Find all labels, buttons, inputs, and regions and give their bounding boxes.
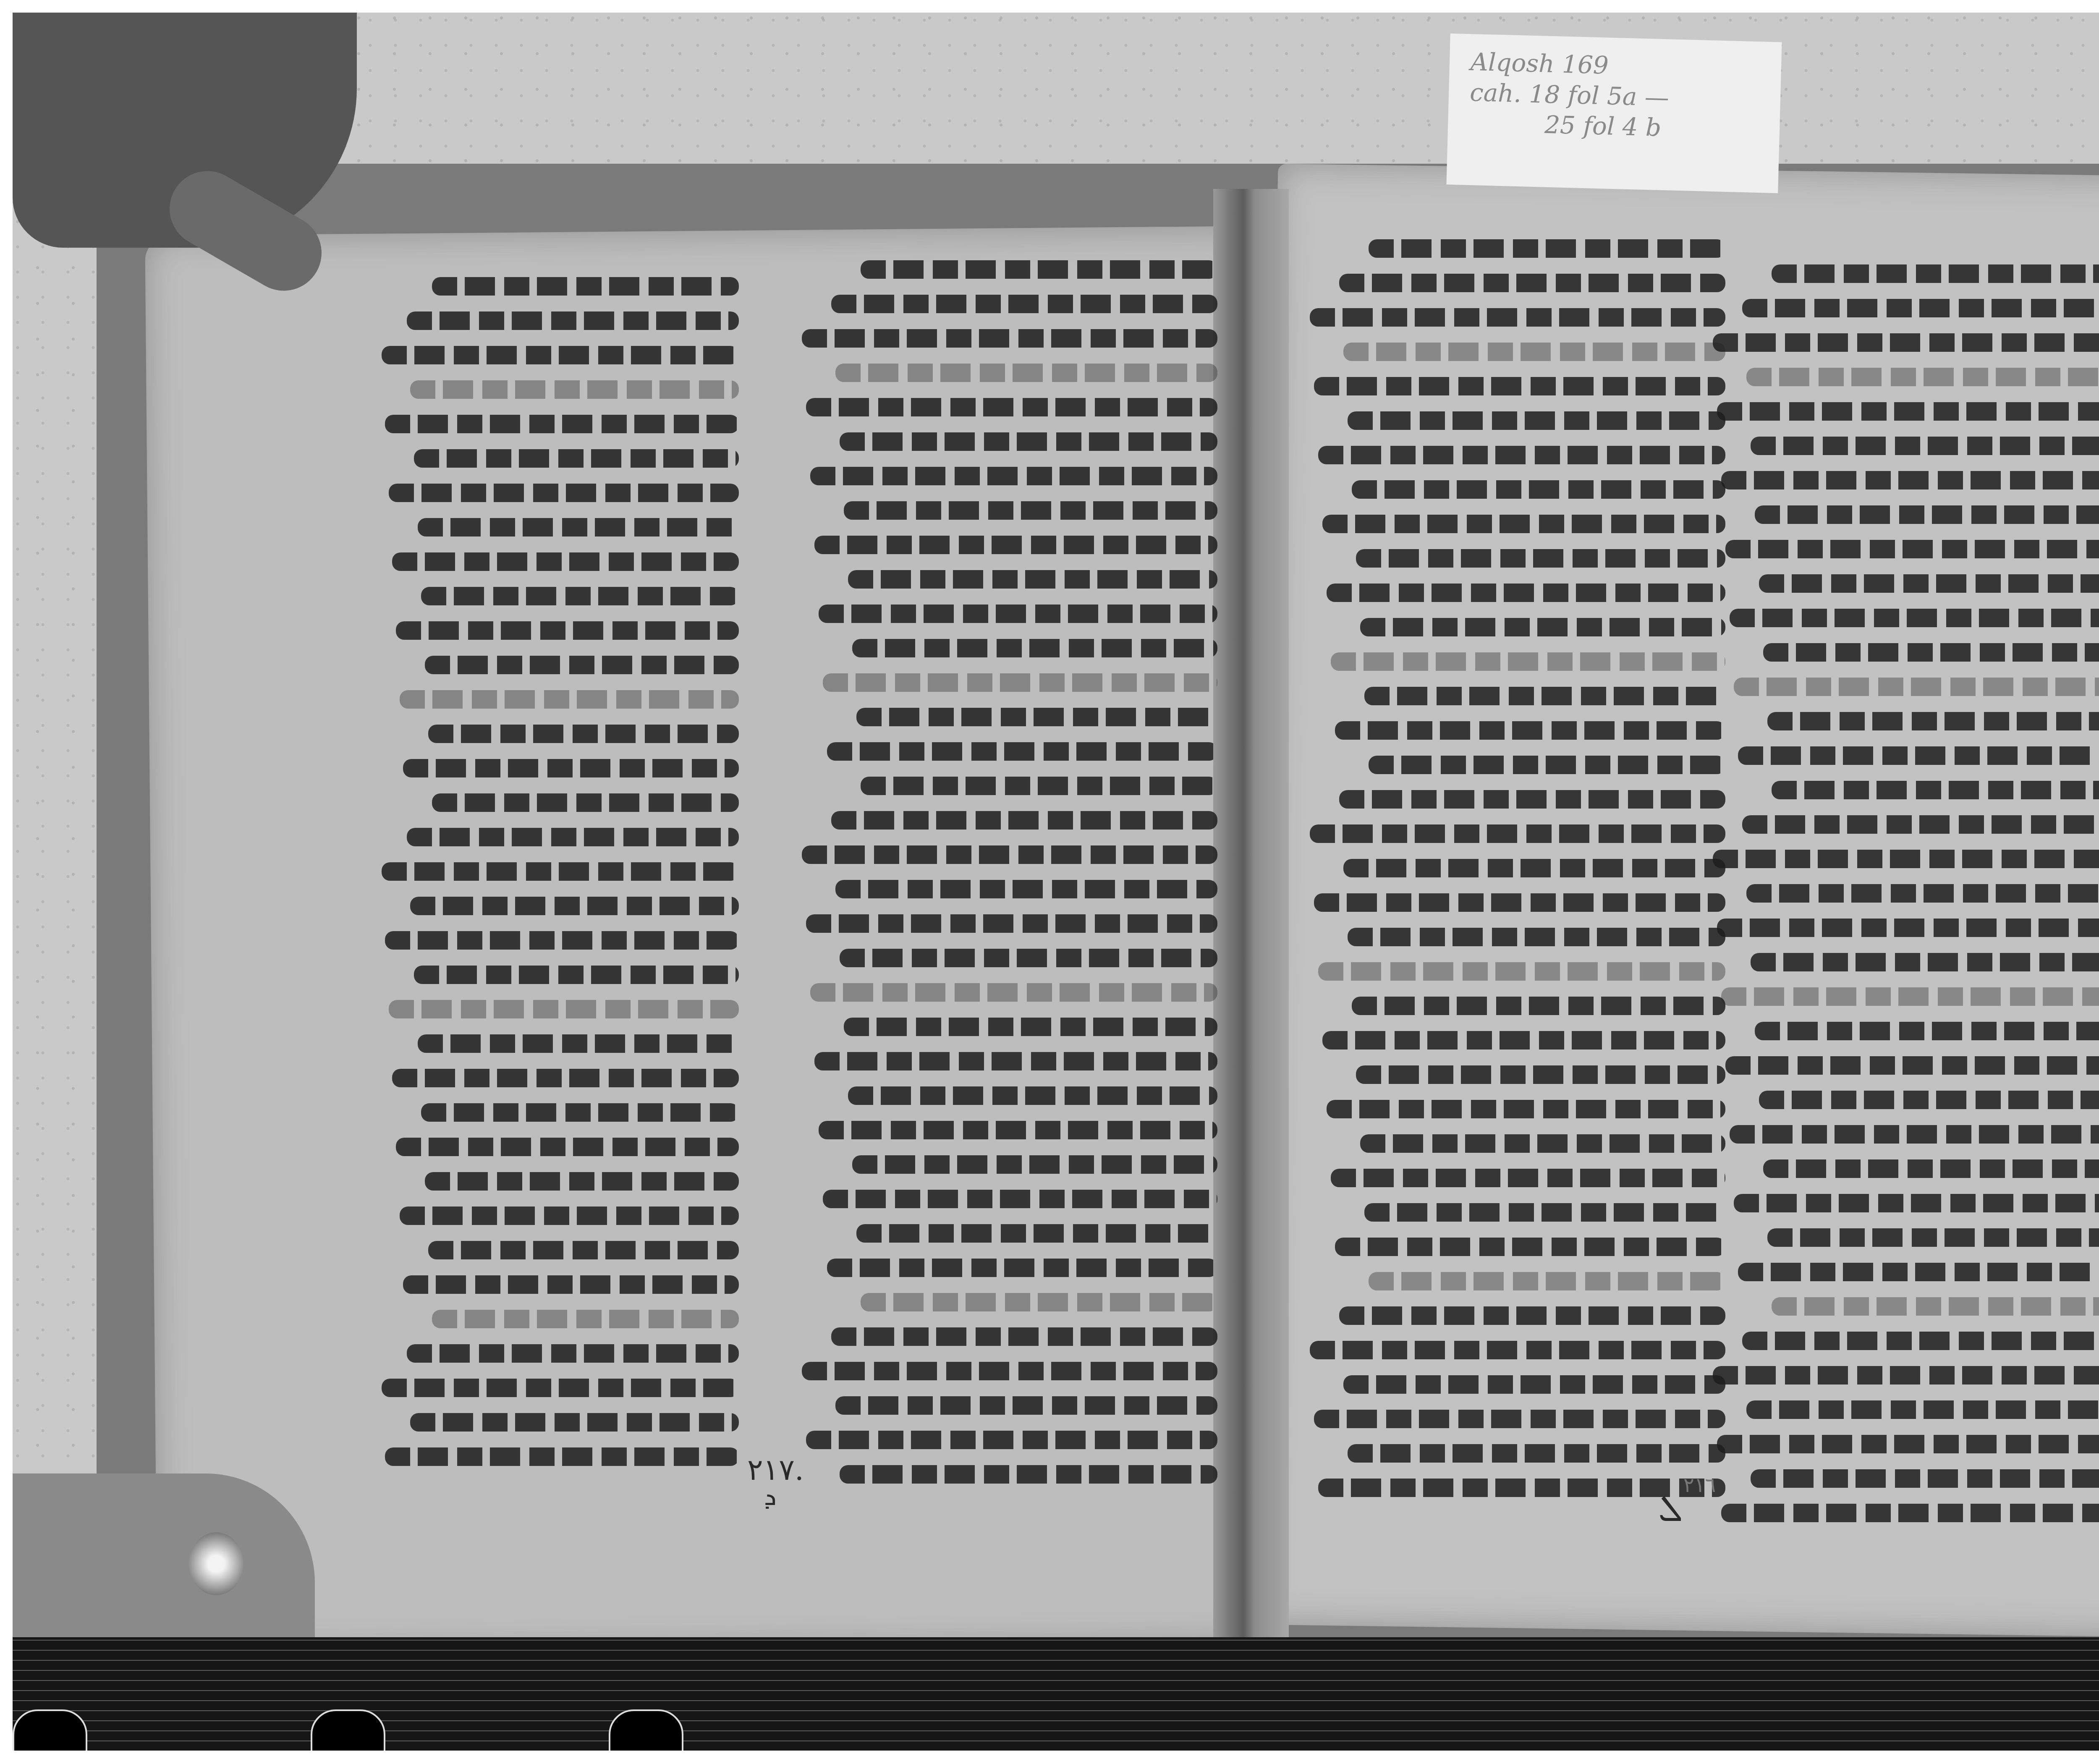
syriac-text-line xyxy=(407,828,739,846)
syriac-text-line xyxy=(389,1000,739,1018)
syriac-text-line xyxy=(414,966,739,984)
syriac-text-line xyxy=(400,690,739,709)
syriac-text-line xyxy=(1364,1203,1725,1222)
syriac-text-line xyxy=(1314,893,1725,912)
syriac-text-line xyxy=(814,536,1217,554)
syriac-text-line xyxy=(1721,471,2099,489)
syriac-text-line xyxy=(428,1241,739,1259)
syriac-text-line xyxy=(802,1362,1217,1380)
syriac-text-line xyxy=(421,1103,739,1122)
left-page-column-1 xyxy=(378,277,739,1466)
left-page-column-2 xyxy=(798,260,1217,1484)
syriac-text-line xyxy=(1348,1444,1725,1463)
syriac-text-line xyxy=(1327,584,1725,602)
syriac-text-line xyxy=(844,1018,1217,1036)
syriac-text-line xyxy=(1738,1263,2099,1281)
syriac-text-line xyxy=(1322,1031,1725,1050)
syriac-text-line xyxy=(392,1069,739,1087)
syriac-text-line xyxy=(835,1396,1217,1415)
syriac-text-line xyxy=(831,811,1217,830)
sprocket-hole xyxy=(13,1709,87,1751)
syriac-text-line xyxy=(425,1172,739,1191)
syriac-text-line xyxy=(428,725,739,743)
syriac-text-line xyxy=(1730,1125,2099,1144)
syriac-text-line xyxy=(835,364,1217,382)
syriac-text-line xyxy=(827,742,1217,761)
syriac-text-line xyxy=(1343,1375,1725,1394)
syriac-text-line xyxy=(1713,1366,2099,1385)
syriac-text-line xyxy=(1763,1159,2099,1178)
syriac-text-line xyxy=(1352,997,1725,1015)
syriac-text-line xyxy=(1730,609,2099,627)
syriac-text-line xyxy=(1348,411,1725,430)
syriac-text-line xyxy=(1742,815,2099,834)
syriac-text-line xyxy=(844,501,1217,520)
syriac-text-line xyxy=(1364,687,1725,705)
syriac-text-line xyxy=(814,1052,1217,1070)
syriac-text-line xyxy=(1746,368,2099,386)
syriac-text-line xyxy=(1339,274,1725,292)
syriac-text-line xyxy=(1331,652,1725,671)
syriac-text-line xyxy=(823,673,1217,692)
syriac-text-line xyxy=(1369,756,1725,774)
right-page-column-2 xyxy=(1709,264,2099,1522)
syriac-text-line xyxy=(407,311,739,330)
syriac-text-line xyxy=(1717,1435,2099,1453)
syriac-text-line xyxy=(819,605,1217,623)
syriac-text-line xyxy=(1369,1272,1725,1290)
syriac-text-line xyxy=(1772,1297,2099,1316)
syriac-text-line xyxy=(1717,919,2099,937)
syriac-text-line xyxy=(810,467,1217,485)
syriac-text-line xyxy=(1310,824,1725,843)
right-quire-mark: ܠ xyxy=(1658,1486,1683,1531)
syriac-text-line xyxy=(1713,333,2099,352)
syriac-text-line xyxy=(1746,1400,2099,1419)
syriac-text-line xyxy=(1310,1341,1725,1359)
syriac-text-line xyxy=(400,1207,739,1225)
syriac-text-line xyxy=(389,484,739,502)
syriac-text-line xyxy=(1751,1469,2099,1488)
syriac-text-line xyxy=(1322,515,1725,533)
syriac-text-line xyxy=(1767,1228,2099,1247)
syriac-text-line xyxy=(385,415,739,433)
syriac-text-line xyxy=(1310,308,1725,327)
syriac-text-line xyxy=(1339,1306,1725,1325)
syriac-text-line xyxy=(806,398,1217,416)
syriac-text-line xyxy=(1742,1332,2099,1350)
syriac-text-line xyxy=(861,777,1217,795)
syriac-text-line xyxy=(1352,480,1725,499)
syriac-text-line xyxy=(403,1275,739,1294)
syriac-text-line xyxy=(840,432,1217,451)
syriac-text-line xyxy=(1721,1504,2099,1522)
syriac-text-line xyxy=(840,949,1217,967)
syriac-text-line xyxy=(1721,987,2099,1006)
syriac-text-line xyxy=(1327,1100,1725,1118)
syriac-text-line xyxy=(861,260,1217,279)
syriac-text-line xyxy=(856,708,1217,726)
syriac-text-line xyxy=(1713,850,2099,868)
syriac-text-line xyxy=(410,897,739,915)
syriac-text-line xyxy=(392,552,739,571)
syriac-text-line xyxy=(418,518,739,537)
syriac-text-line xyxy=(1772,781,2099,799)
syriac-text-line xyxy=(1734,678,2099,696)
right-folio-number: ٢١٦ xyxy=(1683,1473,1716,1497)
right-page-column-1 xyxy=(1306,239,1725,1497)
syriac-text-line xyxy=(382,862,739,881)
syriac-text-line xyxy=(414,449,739,468)
syriac-text-line xyxy=(1314,1410,1725,1428)
syriac-text-line xyxy=(1746,884,2099,903)
syriac-text-line xyxy=(396,621,739,640)
syriac-text-line xyxy=(1717,402,2099,421)
syriac-text-line xyxy=(1356,549,1725,568)
syriac-text-line xyxy=(1356,1065,1725,1084)
syriac-text-line xyxy=(840,1465,1217,1484)
syriac-text-line xyxy=(1318,446,1725,464)
syriac-text-line xyxy=(831,1327,1217,1346)
manuscript-photograph: ٢١٧. ܕ ܠ ٢١٦ Alqosh 169 cah. 18 fol 5a —… xyxy=(13,13,2099,1751)
syriac-text-line xyxy=(1335,721,1725,740)
book-gutter xyxy=(1213,189,1289,1658)
syriac-text-line xyxy=(1759,574,2099,593)
syriac-text-line xyxy=(382,1379,739,1397)
syriac-text-line xyxy=(823,1190,1217,1208)
film-edge-bottom xyxy=(13,1637,2099,1751)
syriac-text-line xyxy=(432,1310,739,1328)
syriac-text-line xyxy=(1343,859,1725,877)
syriac-text-line xyxy=(1755,505,2099,524)
syriac-text-line xyxy=(421,587,739,605)
syriac-text-line xyxy=(1343,343,1725,361)
syriac-text-line xyxy=(407,1344,739,1363)
sprocket-hole xyxy=(609,1709,683,1751)
syriac-text-line xyxy=(806,914,1217,933)
syriac-text-line xyxy=(385,1447,739,1466)
syriac-text-line xyxy=(1755,1022,2099,1040)
syriac-text-line xyxy=(1360,618,1725,636)
syriac-text-line xyxy=(835,880,1217,898)
sprocket-hole xyxy=(311,1709,385,1751)
ring-jewel-icon xyxy=(189,1532,243,1595)
syriac-text-line xyxy=(1318,962,1725,981)
syriac-text-line xyxy=(432,793,739,812)
syriac-text-line xyxy=(861,1293,1217,1311)
syriac-text-line xyxy=(382,346,739,364)
syriac-text-line xyxy=(831,295,1217,313)
syriac-text-line xyxy=(396,1138,739,1156)
syriac-text-line xyxy=(1314,377,1725,395)
syriac-text-line xyxy=(418,1034,739,1053)
syriac-text-line xyxy=(1360,1134,1725,1153)
syriac-text-line xyxy=(1751,437,2099,455)
syriac-text-line xyxy=(1742,299,2099,317)
syriac-text-line xyxy=(856,1224,1217,1243)
syriac-text-line xyxy=(1734,1194,2099,1212)
syriac-text-line xyxy=(806,1431,1217,1449)
syriac-text-line xyxy=(432,277,739,296)
syriac-text-line xyxy=(1738,746,2099,765)
syriac-text-line xyxy=(1759,1091,2099,1109)
syriac-text-line xyxy=(810,983,1217,1002)
syriac-text-line xyxy=(1767,712,2099,730)
syriac-text-line xyxy=(852,1155,1217,1174)
syriac-text-line xyxy=(1331,1169,1725,1187)
syriac-text-line xyxy=(848,1086,1217,1105)
syriac-text-line xyxy=(819,1121,1217,1139)
syriac-text-line xyxy=(802,845,1217,864)
syriac-text-line xyxy=(1772,264,2099,283)
syriac-text-line xyxy=(1725,540,2099,558)
syriac-text-line xyxy=(848,570,1217,589)
syriac-text-line xyxy=(852,639,1217,657)
syriac-text-line xyxy=(385,931,739,950)
syriac-text-line xyxy=(1335,1238,1725,1256)
syriac-text-line xyxy=(403,759,739,777)
syriac-text-line xyxy=(1369,239,1725,258)
syriac-text-line xyxy=(1751,953,2099,971)
syriac-text-line xyxy=(410,380,739,399)
syriac-text-line xyxy=(1348,928,1725,946)
syriac-text-line xyxy=(410,1413,739,1432)
left-quire-mark: ܕ xyxy=(764,1482,777,1511)
syriac-text-line xyxy=(1725,1056,2099,1075)
syriac-text-line xyxy=(802,329,1217,348)
syriac-text-line xyxy=(1763,643,2099,662)
catalog-note-card: Alqosh 169 cah. 18 fol 5a — 25 fol 4 b xyxy=(1446,34,1782,194)
syriac-text-line xyxy=(1339,790,1725,809)
syriac-text-line xyxy=(425,656,739,674)
syriac-text-line xyxy=(827,1259,1217,1277)
